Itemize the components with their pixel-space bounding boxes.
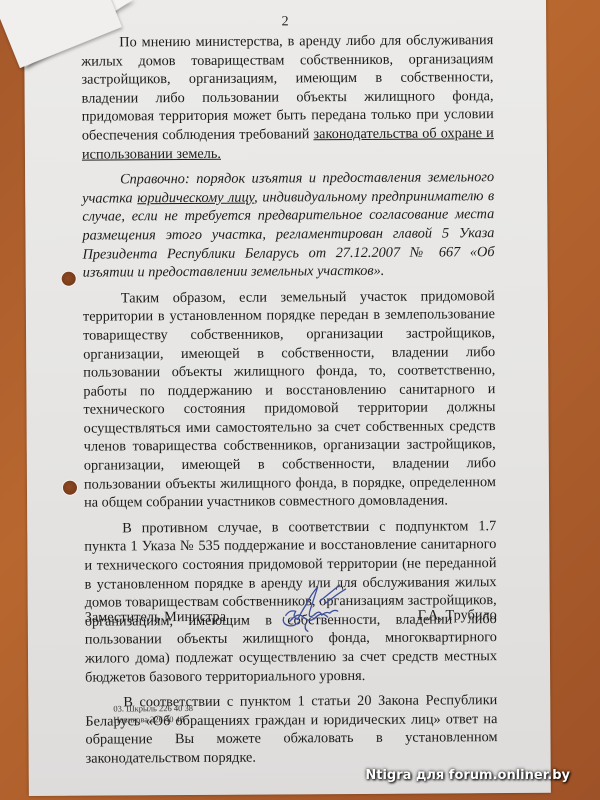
- watermark: Ntigra для forum.onliner.by: [365, 768, 570, 783]
- paragraph-ministry-opinion: По мнению министерства, в аренду либо дл…: [81, 31, 494, 164]
- underlined-phrase: юридическому лицу: [137, 189, 254, 206]
- letter-body: По мнению министерства, в аренду либо дл…: [81, 31, 498, 775]
- punch-hole-icon: [63, 481, 77, 495]
- signatory-title: Заместитель Министра: [85, 609, 226, 627]
- document-page: 2 По мнению министерства, в аренду либо …: [24, 0, 551, 796]
- signatory-name: Г.А. Трубило: [418, 607, 497, 624]
- handwritten-signature-icon: [276, 581, 356, 633]
- paragraph-conclusion: Таким образом, если земельный участок пр…: [83, 287, 496, 513]
- punch-hole-icon: [62, 272, 76, 286]
- paragraph-reference-note: Справочно: порядок изъятия и предоставле…: [82, 168, 495, 282]
- contact-line: 03. Шкрыль 226 40 38: [113, 703, 193, 714]
- contact-info: 03. Шкрыль 226 40 38 Новикова 226 40 48: [113, 703, 193, 725]
- contact-line: Новикова 226 40 48: [113, 714, 193, 725]
